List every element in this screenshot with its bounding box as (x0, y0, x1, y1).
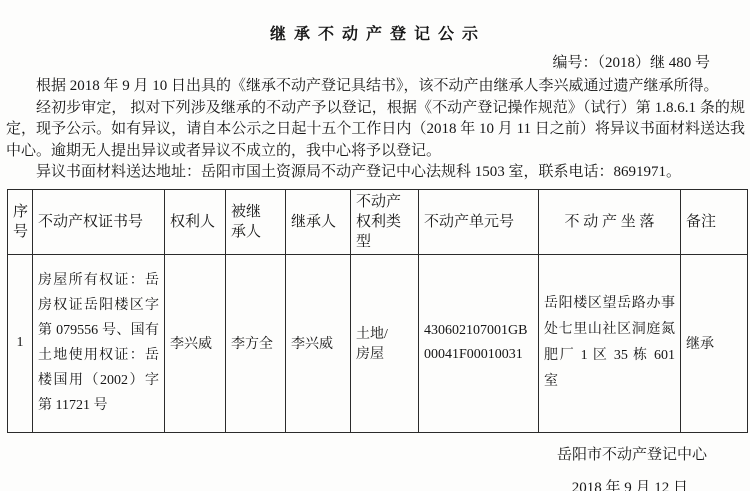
col-header-right-type: 不动产 权利类型 (351, 189, 419, 254)
cell-unit-no: 430602107001GB00041F00010031 (419, 254, 539, 432)
cell-decedent: 李方全 (226, 254, 286, 432)
col-header-unit-no: 不动产单元号 (419, 189, 539, 254)
cell-remark: 继承 (681, 254, 748, 432)
document-title: 继 承 不 动 产 登 记 公 示 (0, 0, 750, 44)
paragraph-basis: 根据 2018 年 9 月 10 日出具的《继承不动产登记具结书》，该不动产由继… (6, 76, 745, 98)
cell-right-holder: 李兴威 (165, 254, 226, 432)
cell-cert-no: 房屋所有权证：岳房权证岳阳楼区字第 079556 号、国有土地使用权证：岳楼国用… (33, 254, 165, 432)
col-header-seq: 序 号 (8, 189, 33, 254)
cell-location: 岳阳楼区望岳路办事处七里山社区洞庭氮肥厂 1 区 35 栋 601 室 (539, 254, 681, 432)
inheritance-registration-table: 序 号 不动产权证书号 权利人 被继 承人 继承人 不动产 权利类型 不动产单元… (7, 189, 748, 433)
col-header-decedent: 被继 承人 (226, 189, 286, 254)
paragraph-review: 经初步审定， 拟对下列涉及继承的不动产予以登记，根据《不动产登记操作规范》（试行… (6, 98, 745, 163)
col-header-remark: 备注 (681, 189, 748, 254)
cell-heir: 李兴威 (286, 254, 351, 432)
issuer-signature: 岳阳市不动产登记中心 (0, 443, 750, 464)
document-number: 编号：（2018）继 480 号 (0, 51, 750, 72)
cell-right-type: 土地/ 房屋 (351, 254, 419, 432)
cell-seq: 1 (8, 254, 33, 432)
col-header-location: 不 动 产 坐 落 (539, 189, 681, 254)
table-header-row: 序 号 不动产权证书号 权利人 被继 承人 继承人 不动产 权利类型 不动产单元… (8, 189, 748, 254)
col-header-right-holder: 权利人 (165, 189, 226, 254)
paragraph-contact: 异议书面材料送达地址：岳阳市国土资源局不动产登记中心法规科 1503 室，联系电… (6, 162, 745, 184)
col-header-heir: 继承人 (286, 189, 351, 254)
document-page: 继 承 不 动 产 登 记 公 示 编号：（2018）继 480 号 根据 20… (0, 0, 750, 491)
table-row: 1 房屋所有权证：岳房权证岳阳楼区字第 079556 号、国有土地使用权证：岳楼… (8, 254, 748, 432)
notice-body: 根据 2018 年 9 月 10 日出具的《继承不动产登记具结书》，该不动产由继… (6, 76, 745, 184)
issue-date: 2018 年 9 月 12 日 (0, 476, 750, 491)
col-header-cert-no: 不动产权证书号 (33, 189, 165, 254)
